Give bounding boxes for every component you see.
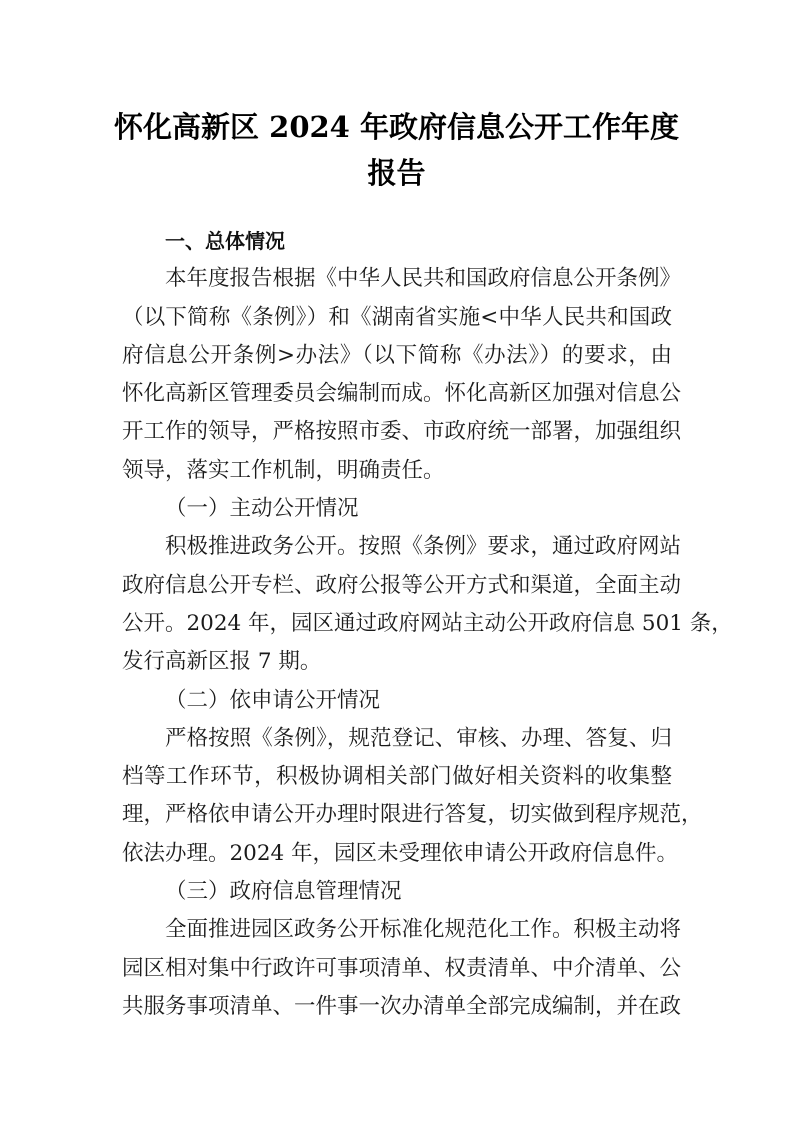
overview-paragraph: 本年度报告根据《中华人民共和国政府信息公开条例》 （以下简称《条例》）和《湖南省… [122, 260, 672, 490]
document-title: 怀化高新区 2024 年政府信息公开工作年度 报告 [100, 104, 693, 196]
paragraph-line: 档等工作环节，积极协调相关部门做好相关资料的收集整 [122, 758, 672, 796]
subsection-heading-information-management: （三）政府信息管理情况 [122, 873, 672, 911]
paragraph-line: 理，严格依申请公开办理时限进行答复，切实做到程序规范， [122, 796, 672, 834]
document-body: 一、总体情况 本年度报告根据《中华人民共和国政府信息公开条例》 （以下简称《条例… [122, 222, 672, 1026]
paragraph-line: 共服务事项清单、一件事一次办清单全部完成编制，并在政 [122, 988, 672, 1026]
paragraph-line: 府信息公开条例>办法》（以下简称《办法》）的要求，由 [122, 337, 672, 375]
paragraph-line: 积极推进政务公开。按照《条例》要求，通过政府网站 [122, 528, 672, 566]
paragraph-line: 公开。2024 年，园区通过政府网站主动公开政府信息 501 条， [122, 605, 672, 643]
paragraph-line: 本年度报告根据《中华人民共和国政府信息公开条例》 [122, 260, 672, 298]
document-page: 怀化高新区 2024 年政府信息公开工作年度 报告 一、总体情况 本年度报告根据… [0, 0, 793, 1122]
paragraph-line: 全面推进园区政务公开标准化规范化工作。积极主动将 [122, 911, 672, 949]
paragraph-line: 开工作的领导，严格按照市委、市政府统一部署，加强组织 [122, 413, 672, 451]
paragraph-line: 发行高新区报 7 期。 [122, 643, 672, 681]
title-line-1: 怀化高新区 2024 年政府信息公开工作年度 [100, 104, 693, 150]
paragraph-line: 严格按照《条例》，规范登记、审核、办理、答复、归 [122, 720, 672, 758]
paragraph-line: 园区相对集中行政许可事项清单、权责清单、中介清单、公 [122, 950, 672, 988]
application-disclosure-paragraph: 严格按照《条例》，规范登记、审核、办理、答复、归 档等工作环节，积极协调相关部门… [122, 720, 672, 873]
paragraph-line: 怀化高新区管理委员会编制而成。怀化高新区加强对信息公 [122, 375, 672, 413]
title-line-2: 报告 [100, 150, 693, 196]
information-management-paragraph: 全面推进园区政务公开标准化规范化工作。积极主动将 园区相对集中行政许可事项清单、… [122, 911, 672, 1026]
section-heading-overview: 一、总体情况 [122, 222, 672, 260]
paragraph-line: （以下简称《条例》）和《湖南省实施<中华人民共和国政 [122, 299, 672, 337]
subsection-heading-proactive-disclosure: （一）主动公开情况 [122, 490, 672, 528]
subsection-heading-application-disclosure: （二）依申请公开情况 [122, 682, 672, 720]
paragraph-line: 依法办理。2024 年，园区未受理依申请公开政府信息件。 [122, 835, 672, 873]
paragraph-line: 政府信息公开专栏、政府公报等公开方式和渠道，全面主动 [122, 567, 672, 605]
proactive-disclosure-paragraph: 积极推进政务公开。按照《条例》要求，通过政府网站 政府信息公开专栏、政府公报等公… [122, 528, 672, 681]
paragraph-line: 领导，落实工作机制，明确责任。 [122, 452, 672, 490]
